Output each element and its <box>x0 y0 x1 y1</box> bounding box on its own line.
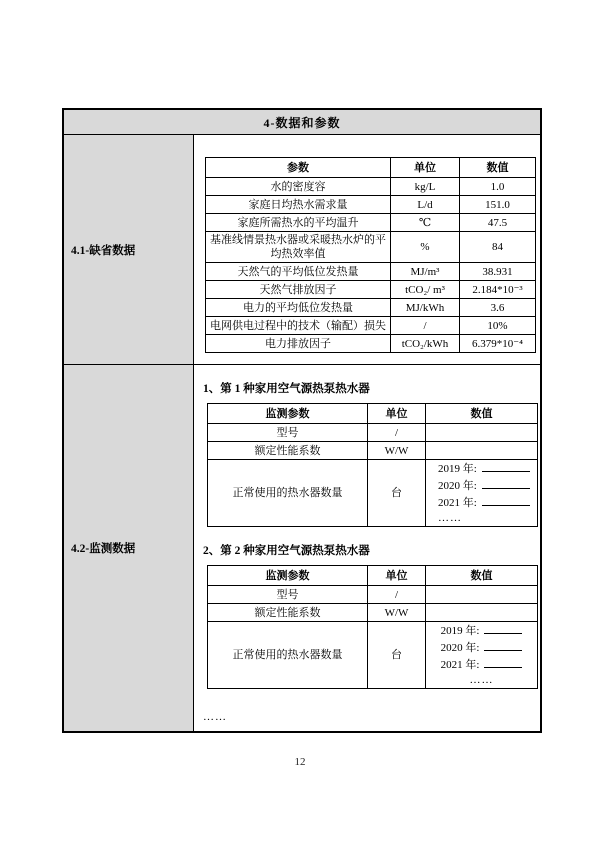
unit-cell: tCO₂/ m³ <box>391 281 460 299</box>
table-row: 家庭所需热水的平均温升℃47.5 <box>206 214 536 232</box>
table-row: 正常使用的热水器数量台2019 年:2020 年:2021 年:…… <box>208 460 538 527</box>
column-header: 数值 <box>426 404 538 424</box>
monitoring-subsections: 1、第 1 种家用空气源热泵热水器监测参数单位数值型号/额定性能系数W/W正常使… <box>194 365 540 689</box>
column-header: 监测参数 <box>208 566 368 586</box>
param-cell: 电力排放因子 <box>206 335 391 353</box>
value-cell <box>426 586 538 604</box>
param-cell: 电力的平均低位发热量 <box>206 299 391 317</box>
section-monitoring: 4.2-监测数据 1、第 1 种家用空气源热泵热水器监测参数单位数值型号/额定性… <box>64 365 540 731</box>
section-label-defaults: 4.1-缺省数据 <box>64 135 194 364</box>
param-cell: 型号 <box>208 586 368 604</box>
subsection-heading: 2、第 2 种家用空气源热泵热水器 <box>203 542 540 558</box>
table-header-row: 参数单位数值 <box>206 158 536 178</box>
page-title: 4-数据和参数 <box>64 110 540 135</box>
table-row: 型号/ <box>208 424 538 442</box>
monitoring-table: 监测参数单位数值型号/额定性能系数W/W正常使用的热水器数量台2019 年:20… <box>207 565 538 689</box>
year-entry: 2020 年: <box>441 640 523 656</box>
fill-in-blank <box>484 623 522 634</box>
fill-in-blank <box>482 495 530 506</box>
param-cell: 电网供电过程中的技术（输配）损失 <box>206 317 391 335</box>
table-row: 额定性能系数W/W <box>208 604 538 622</box>
column-header: 数值 <box>426 566 538 586</box>
value-cell: 1.0 <box>460 178 536 196</box>
year-entry: 2019 年: <box>438 461 535 477</box>
subsection: 1、第 1 种家用空气源热泵热水器监测参数单位数值型号/额定性能系数W/W正常使… <box>203 380 540 527</box>
unit-cell: kg/L <box>391 178 460 196</box>
defaults-content: 参数单位数值水的密度容kg/L1.0家庭日均热水需求量L/d151.0家庭所需热… <box>194 135 540 364</box>
value-cell: 151.0 <box>460 196 536 214</box>
year-entry: 2021 年: <box>441 657 523 673</box>
value-cell <box>426 604 538 622</box>
table-row: 电力排放因子tCO₂/kWh6.379*10⁻⁴ <box>206 335 536 353</box>
param-cell: 家庭所需热水的平均温升 <box>206 214 391 232</box>
param-cell: 天然气排放因子 <box>206 281 391 299</box>
table-header-row: 监测参数单位数值 <box>208 404 538 424</box>
table-row: 电力的平均低位发热量MJ/kWh3.6 <box>206 299 536 317</box>
year-label: 2021 年: <box>438 497 477 509</box>
column-header: 单位 <box>368 404 426 424</box>
table-row: 天然气排放因子tCO₂/ m³2.184*10⁻³ <box>206 281 536 299</box>
ellipsis-text: …… <box>470 674 494 687</box>
param-cell: 额定性能系数 <box>208 442 368 460</box>
fill-in-blank <box>482 478 530 489</box>
document-page: 4-数据和参数 4.1-缺省数据 参数单位数值水的密度容kg/L1.0家庭日均热… <box>0 0 600 848</box>
value-cell: 6.379*10⁻⁴ <box>460 335 536 353</box>
table-row: 家庭日均热水需求量L/d151.0 <box>206 196 536 214</box>
table-row: 型号/ <box>208 586 538 604</box>
column-header: 监测参数 <box>208 404 368 424</box>
param-cell: 额定性能系数 <box>208 604 368 622</box>
column-header: 单位 <box>368 566 426 586</box>
unit-cell: MJ/m³ <box>391 263 460 281</box>
unit-cell: / <box>368 586 426 604</box>
main-table: 4-数据和参数 4.1-缺省数据 参数单位数值水的密度容kg/L1.0家庭日均热… <box>62 108 542 733</box>
value-cell <box>426 424 538 442</box>
param-cell: 天然气的平均低位发热量 <box>206 263 391 281</box>
subsection-heading: 1、第 1 种家用空气源热泵热水器 <box>203 380 540 396</box>
year-label: 2019 年: <box>441 625 480 637</box>
column-header: 单位 <box>391 158 460 178</box>
unit-cell: W/W <box>368 442 426 460</box>
value-cell <box>426 442 538 460</box>
column-header: 数值 <box>460 158 536 178</box>
section-defaults: 4.1-缺省数据 参数单位数值水的密度容kg/L1.0家庭日均热水需求量L/d1… <box>64 135 540 365</box>
unit-cell: tCO₂/kWh <box>391 335 460 353</box>
table-row: 额定性能系数W/W <box>208 442 538 460</box>
table-row: 基准线情景热水器或采暖热水炉的平均热效率值%84 <box>206 232 536 263</box>
table-row: 正常使用的热水器数量台2019 年:2020 年:2021 年:…… <box>208 622 538 689</box>
table-row: 天然气的平均低位发热量MJ/m³38.931 <box>206 263 536 281</box>
year-label: 2019 年: <box>438 463 477 475</box>
section-label-monitoring: 4.2-监测数据 <box>64 365 194 731</box>
unit-cell: 台 <box>368 460 426 527</box>
unit-cell: ℃ <box>391 214 460 232</box>
subsection: 2、第 2 种家用空气源热泵热水器监测参数单位数值型号/额定性能系数W/W正常使… <box>203 542 540 689</box>
ellipsis-text: …… <box>203 711 540 723</box>
value-cell: 2.184*10⁻³ <box>460 281 536 299</box>
column-header: 参数 <box>206 158 391 178</box>
year-label: 2020 年: <box>441 642 480 654</box>
year-label: 2020 年: <box>438 480 477 492</box>
unit-cell: W/W <box>368 604 426 622</box>
year-entry: 2019 年: <box>441 623 523 639</box>
fill-in-blank <box>484 640 522 651</box>
value-cell: 47.5 <box>460 214 536 232</box>
table-row: 水的密度容kg/L1.0 <box>206 178 536 196</box>
page-number: 12 <box>0 756 600 768</box>
param-cell: 正常使用的热水器数量 <box>208 622 368 689</box>
param-cell: 基准线情景热水器或采暖热水炉的平均热效率值 <box>206 232 391 263</box>
year-entry: 2021 年: <box>438 495 535 511</box>
param-cell: 水的密度容 <box>206 178 391 196</box>
value-cell: 3.6 <box>460 299 536 317</box>
monitoring-content: 1、第 1 种家用空气源热泵热水器监测参数单位数值型号/额定性能系数W/W正常使… <box>194 365 540 731</box>
fill-in-blank <box>484 657 522 668</box>
unit-cell: / <box>368 424 426 442</box>
unit-cell: MJ/kWh <box>391 299 460 317</box>
unit-cell: / <box>391 317 460 335</box>
year-entry: 2020 年: <box>438 478 535 494</box>
defaults-table: 参数单位数值水的密度容kg/L1.0家庭日均热水需求量L/d151.0家庭所需热… <box>205 157 536 353</box>
years-cell: 2019 年:2020 年:2021 年:…… <box>426 622 538 689</box>
param-cell: 正常使用的热水器数量 <box>208 460 368 527</box>
years-cell: 2019 年:2020 年:2021 年:…… <box>426 460 538 527</box>
years-list: 2019 年:2020 年:2021 年:…… <box>438 461 535 525</box>
table-row: 电网供电过程中的技术（输配）损失/10% <box>206 317 536 335</box>
value-cell: 10% <box>460 317 536 335</box>
unit-cell: % <box>391 232 460 263</box>
unit-cell: L/d <box>391 196 460 214</box>
fill-in-blank <box>482 461 530 472</box>
unit-cell: 台 <box>368 622 426 689</box>
table-header-row: 监测参数单位数值 <box>208 566 538 586</box>
value-cell: 38.931 <box>460 263 536 281</box>
ellipsis-text: …… <box>438 512 535 525</box>
param-cell: 家庭日均热水需求量 <box>206 196 391 214</box>
year-label: 2021 年: <box>441 659 480 671</box>
param-cell: 型号 <box>208 424 368 442</box>
years-list: 2019 年:2020 年:2021 年:…… <box>428 623 535 687</box>
value-cell: 84 <box>460 232 536 263</box>
monitoring-table: 监测参数单位数值型号/额定性能系数W/W正常使用的热水器数量台2019 年:20… <box>207 403 538 527</box>
